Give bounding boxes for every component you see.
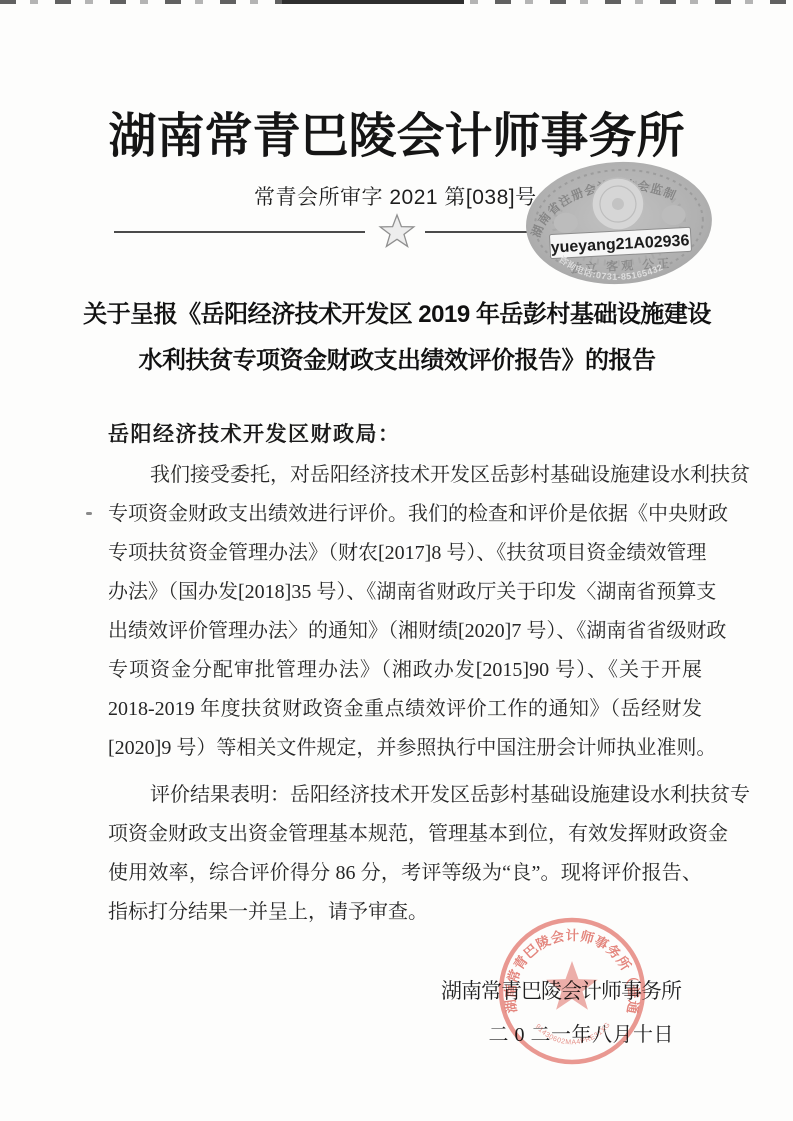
paragraph-2: 评价结果表明：岳阳经济技术开发区岳彭村基础设施建设水利扶贫专 项资金财政支出资金…: [108, 776, 702, 932]
paragraph-2-line: 使用效率，综合评价得分 86 分，考评等级为“良”。现将评价报告、: [108, 854, 702, 893]
cpa-association-seal-stamp: 湖南省注册会计师协会监制 yueyang21A02936 独立 客观 公正 咨询…: [521, 155, 717, 293]
paragraph-1-line: 专项扶贫资金管理办法》（财农[2017]8 号）、《扶贫项目资金绩效管理: [108, 534, 702, 573]
firm-seal-registration-code: 91430602MA4PRE31XG: [534, 1021, 612, 1046]
report-heading: 关于呈报《岳阳经济技术开发区 2019 年岳彭村基础设施建设 水利扶贫专项资金财…: [57, 292, 737, 384]
star-icon: [378, 213, 416, 249]
paragraph-1-line: 我们接受委托，对岳阳经济技术开发区岳彭村基础设施建设水利扶贫: [108, 456, 702, 495]
salutation: 岳阳经济技术开发区财政局：: [108, 418, 401, 448]
scan-artifact-top-dark-segment: [282, 0, 464, 4]
header-divider-left: [114, 231, 365, 233]
paragraph-2-line: 项资金财政支出资金管理基本规范，管理基本到位，有效发挥财政资金: [108, 815, 702, 854]
paragraph-2-line: 评价结果表明：岳阳经济技术开发区岳彭村基础设施建设水利扶贫专: [108, 776, 702, 815]
scan-artifact-dot: [86, 512, 92, 515]
paragraph-1: 我们接受委托，对岳阳经济技术开发区岳彭村基础设施建设水利扶贫 专项资金财政支出绩…: [108, 456, 702, 768]
header-divider-right: [425, 231, 531, 233]
paragraph-1-line: 出绩效评价管理办法〉的通知》（湘财绩[2020]7 号）、《湖南省省级财政: [108, 612, 702, 651]
scanned-report-page: 湖南常青巴陵会计师事务所 常青会所审字 2021 第[038]号 湖南省注册会计…: [0, 0, 793, 1121]
paragraph-1-line: [2020]9 号）等相关文件规定，并参照执行中国注册会计师执业准则。: [108, 729, 702, 768]
firm-name-title: 湖南常青巴陵会计师事务所: [0, 97, 793, 166]
firm-seal-star: [546, 961, 597, 1010]
document-number: 常青会所审字 2021 第[038]号: [254, 181, 537, 211]
paragraph-1-line: 专项资金分配审批管理办法》（湘政办发[2015]90 号）、《关于开展: [108, 651, 702, 690]
firm-official-seal-stamp: 湖南常青巴陵会计师事务所（普通合伙） 91430602MA4PRE31XG: [495, 911, 649, 1071]
report-heading-line1: 关于呈报《岳阳经济技术开发区 2019 年岳彭村基础设施建设: [57, 292, 737, 338]
report-heading-line2: 水利扶贫专项资金财政支出绩效评价报告》的报告: [57, 338, 737, 384]
svg-text:91430602MA4PRE31XG: 91430602MA4PRE31XG: [534, 1021, 612, 1046]
paragraph-1-line: 2018-2019 年度扶贫财政资金重点绩效评价工作的通知》（岳经财发: [108, 690, 702, 729]
paragraph-1-line: 办法》（国办发[2018]35 号）、《湖南省财政厅关于印发〈湖南省预算支: [108, 573, 702, 612]
paragraph-1-line: 专项资金财政支出绩效进行评价。我们的检查和评价是依据《中央财政: [108, 495, 702, 534]
